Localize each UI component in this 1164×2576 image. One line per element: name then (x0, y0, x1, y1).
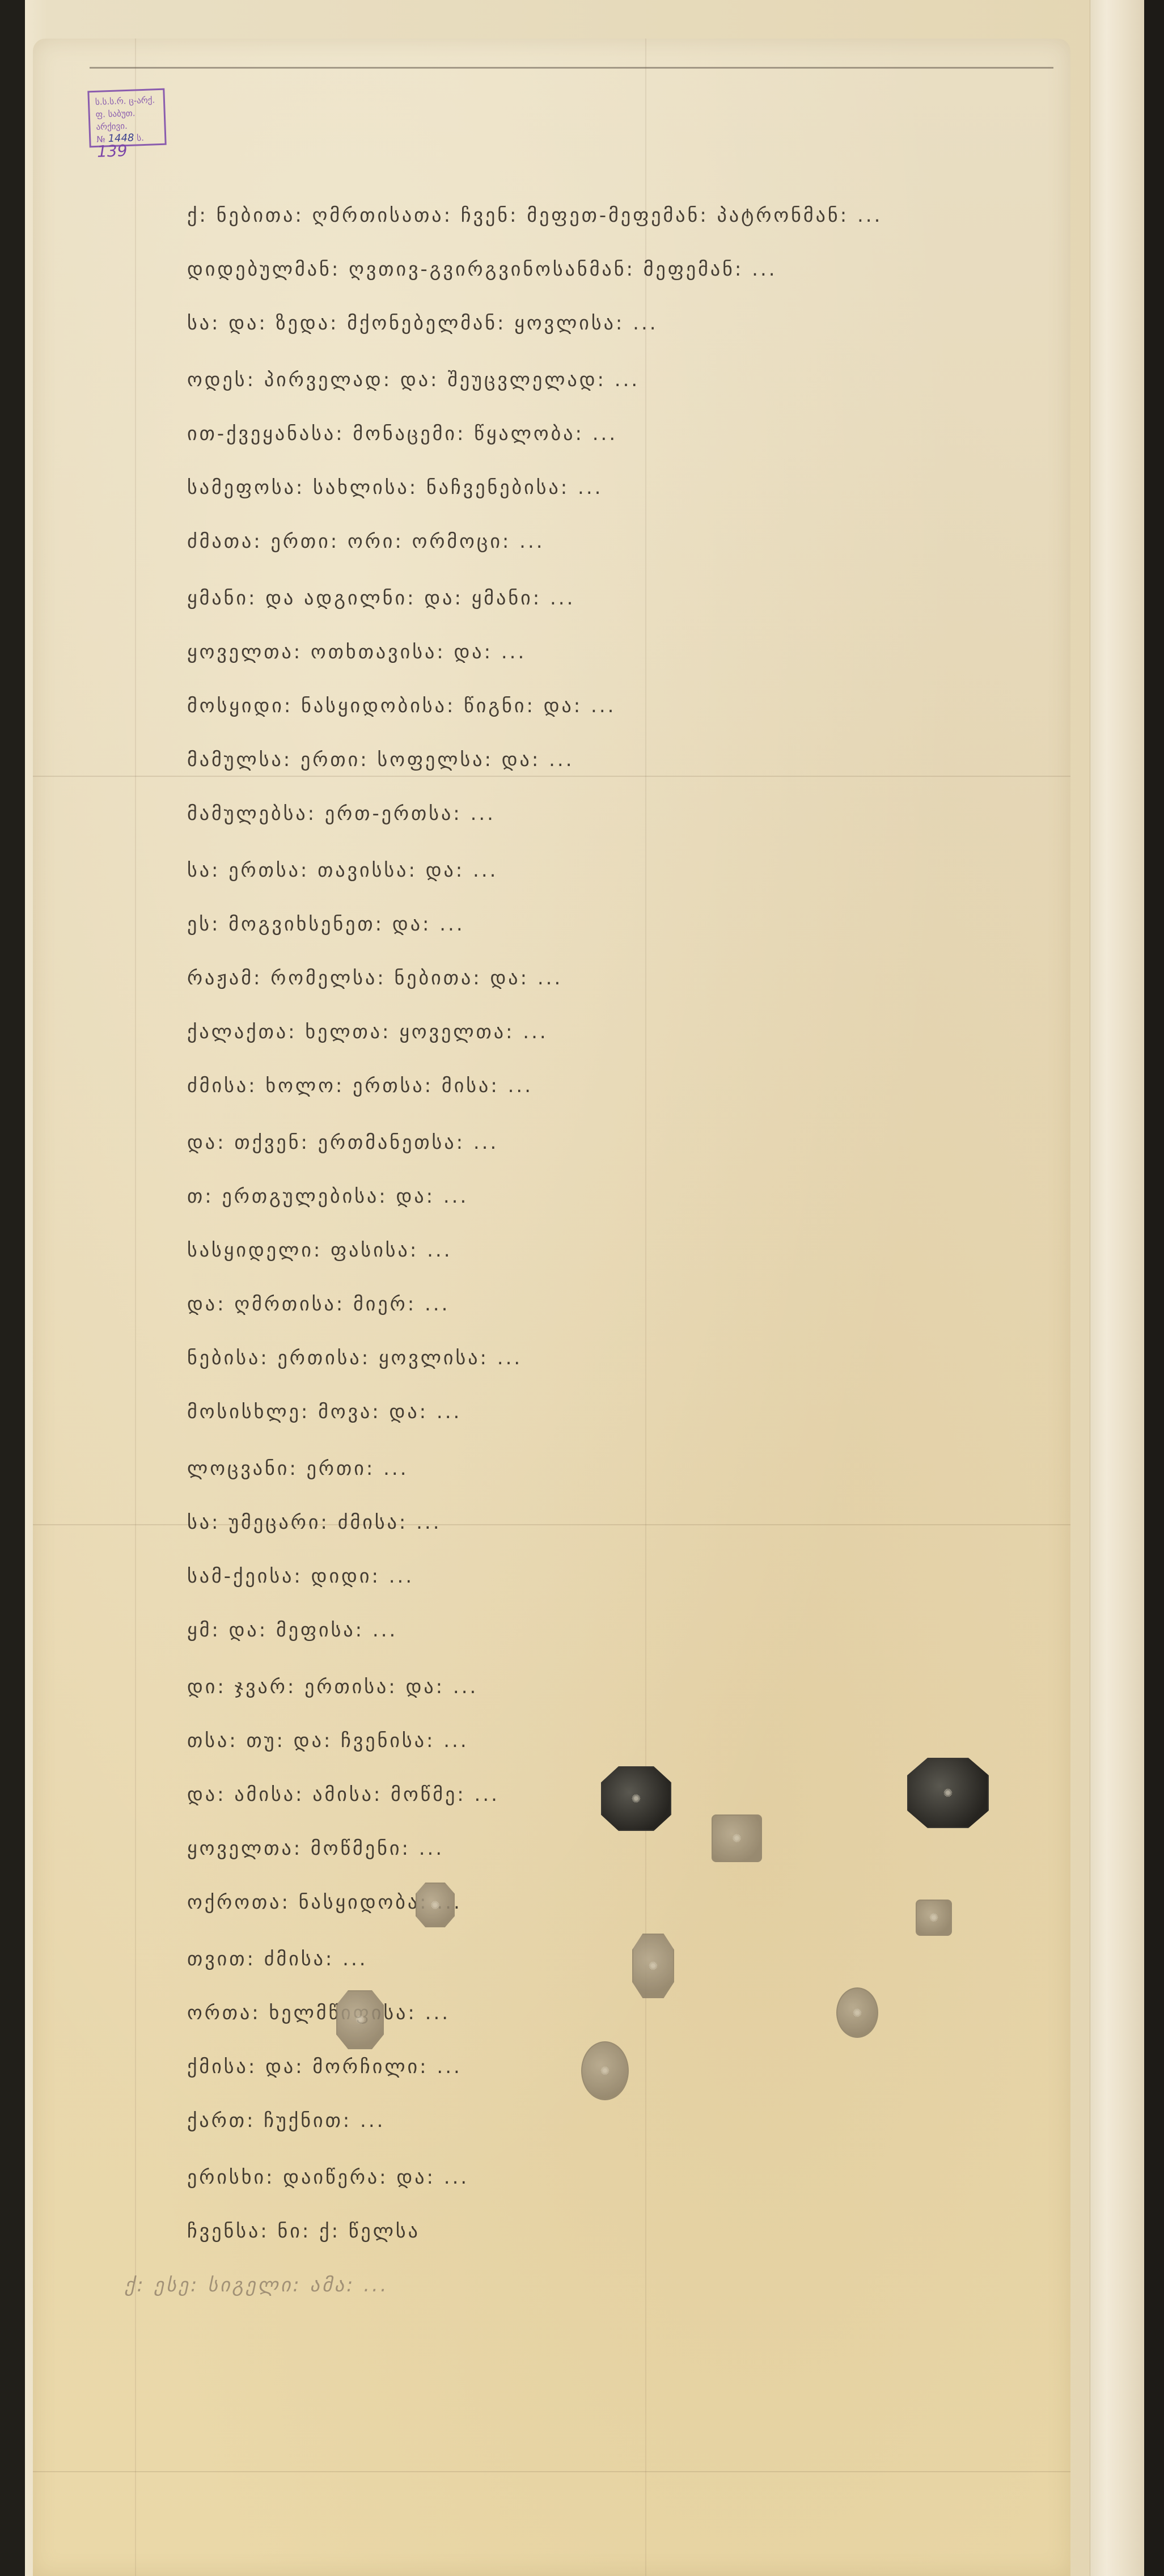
seal-inscription-icon: ✺ (632, 1792, 641, 1805)
manuscript-line: ქალაქთა: ხელთა: ყოველთა: ... (187, 1021, 548, 1043)
manuscript-line: ოდეს: პირველად: და: შეუცვლელად: ... (187, 369, 640, 391)
fold-crease (33, 776, 1070, 777)
manuscript-line: ით-ქვეყანასა: მონაცემი: წყალობა: ... (187, 422, 617, 445)
seal-inscription-icon: ✺ (732, 1831, 742, 1845)
fold-crease-vertical (645, 39, 646, 2576)
seal-inscription-icon: ✺ (600, 2064, 610, 2078)
manuscript-line: და: ღმრთისა: მიერ: ... (187, 1293, 450, 1316)
seal-impression-icon: ✺ (836, 1987, 878, 2038)
seal-inscription-icon: ✺ (649, 1959, 658, 1973)
mount-band-right (1090, 0, 1144, 2576)
manuscript-line: ყმ: და: მეფისა: ... (187, 1619, 397, 1642)
scan-border-left (0, 0, 25, 2576)
manuscript-line: ერისხი: დაიწერა: და: ... (187, 2166, 469, 2189)
seal-inscription-icon: ✺ (853, 2006, 862, 2020)
seal-impression-icon: ✺ (712, 1814, 762, 1862)
seal-impression-icon: ✺ (601, 1766, 671, 1831)
seal-impression-icon: ✺ (632, 1934, 674, 1998)
fold-crease-vertical (135, 39, 136, 2576)
seal-inscription-icon: ✺ (943, 1786, 953, 1800)
manuscript-line: სა: უმეცარი: ძმისა: ... (187, 1511, 442, 1534)
seal-inscription-icon: ✺ (355, 2013, 365, 2027)
manuscript-line: სამეფოსა: სახლისა: ნაჩვენებისა: ... (187, 476, 603, 499)
archive-stamp-line3: № 1448 ს. 139 (96, 131, 162, 160)
manuscript-line: მოსისხლე: მოვა: და: ... (187, 1401, 462, 1423)
scan-border-right (1144, 0, 1164, 2576)
manuscript-line: თ: ერთგულებისა: და: ... (187, 1185, 468, 1208)
manuscript-line: ყოველთა: მოწმენი: ... (187, 1837, 444, 1860)
archive-stamp: ს.ს.ს.რ. ც-არქ. ფ. საბუთ. არქივი. № 1448… (87, 88, 166, 148)
manuscript-line: ეს: მოგვიხსენეთ: და: ... (187, 913, 465, 936)
seal-impression-icon: ✺ (581, 2041, 629, 2100)
seal-impression-icon: ✺ (336, 1990, 384, 2049)
archive-stamp-line2: ფ. საბუთ. არქივი. (95, 106, 160, 133)
manuscript-line: მამულსა: ერთი: სოფელსა: და: ... (187, 748, 574, 771)
manuscript-line: მამულებსა: ერთ-ერთსა: ... (187, 802, 496, 825)
manuscript-line: თვით: ძმისა: ... (187, 1948, 368, 1970)
manuscript-line: ქ: ნებითა: ღმრთისათა: ჩვენ: მეფეთ-მეფემა… (187, 204, 882, 227)
manuscript-line: და: თქვენ: ერთმანეთსა: ... (187, 1131, 498, 1154)
manuscript-line: თსა: თუ: და: ჩვენისა: ... (187, 1729, 469, 1752)
manuscript-line: ჩვენსა: ნი: ქ: წელსა (187, 2220, 420, 2243)
manuscript-line: სამ-ქეისა: დიდი: ... (187, 1565, 414, 1588)
manuscript-line: ქართ: ჩუქნით: ... (187, 2109, 385, 2132)
seal-inscription-icon: ✺ (929, 1911, 939, 1924)
manuscript-line: ძმისა: ხოლო: ერთსა: მისა: ... (187, 1075, 533, 1097)
manuscript-line: ლოცვანი: ერთი: ... (187, 1457, 409, 1480)
manuscript-faint-line: ქ: ესე: სიგელი: ამა: ... (125, 2274, 389, 2296)
manuscript-line: დიდებულმან: ღვთივ-გვირგვინოსანმან: მეფემ… (187, 258, 777, 281)
fold-crease (33, 2471, 1070, 2472)
manuscript-line: ძმათა: ერთი: ორი: ორმოცი: ... (187, 530, 545, 553)
manuscript-line: და: ამისა: ამისა: მოწმე: ... (187, 1783, 500, 1806)
seal-inscription-icon: ✺ (430, 1898, 440, 1912)
manuscript-line: რაჟამ: რომელსა: ნებითა: და: ... (187, 967, 562, 989)
manuscript-line: მოსყიდი: ნასყიდობისა: წიგნი: და: ... (187, 695, 616, 717)
manuscript-line: დი: ჯვარ: ერთისა: და: ... (187, 1676, 478, 1698)
seal-impression-icon: ✺ (916, 1900, 952, 1936)
manuscript-line: ნებისა: ერთისა: ყოვლისა: ... (187, 1347, 522, 1369)
archive-stamp-line1: ს.ს.ს.რ. ც-არქ. (95, 94, 160, 108)
manuscript-line: სა: ერთსა: თავისსა: და: ... (187, 859, 498, 882)
archive-page-number: 139 (96, 141, 128, 161)
manuscript-line: სასყიდელი: ფასისა: ... (187, 1239, 452, 1262)
manuscript-line: სა: და: ზედა: მქონებელმან: ყოვლისა: ... (187, 312, 658, 335)
manuscript-line: ყმანი: და ადგილნი: და: ყმანი: ... (187, 587, 575, 610)
fold-crease-top (90, 67, 1053, 69)
manuscript-line: ყოველთა: ოთხთავისა: და: ... (187, 641, 526, 663)
seal-impression-icon: ✺ (907, 1758, 989, 1828)
manuscript-line: ქმისა: და: მორჩილი: ... (187, 2055, 462, 2078)
manuscript-line: ორთა: ხელმწიფისა: ... (187, 2002, 450, 2024)
seal-impression-icon: ✺ (416, 1883, 455, 1927)
